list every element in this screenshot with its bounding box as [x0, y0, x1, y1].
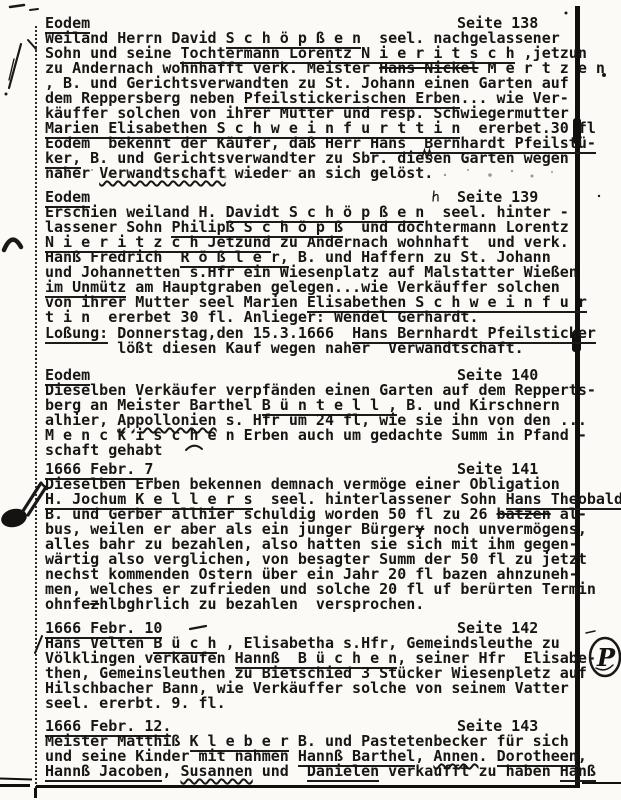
text-line: Hannß Jacoben, Susannen und Danielen ver… [45, 764, 596, 779]
entry-seite-142: 1666 Febr. 10Seite 142Hans Velten B ü c … [45, 621, 596, 711]
document-page: EodemSeite 138Weiland Herrn David S c h … [0, 0, 621, 800]
page-edge-dotted-left [35, 26, 37, 788]
text-line: t i n ererbet 30 fl. Anlieger: Wendel Ge… [45, 310, 587, 325]
entry-lossung: Loßung: Donnerstag,den 15.3.1666 Hans Be… [45, 326, 596, 356]
page-edge-tick [34, 788, 37, 798]
music-note-pen-mark [0, 483, 47, 530]
text-line: seel. ererbt. 9. fl. [45, 696, 596, 711]
text-line: schaft gehabt [45, 443, 596, 458]
page-bottom-edge-line [0, 777, 32, 780]
text-line: naher Verwandtschaft wieder an sich gelö… [45, 166, 605, 181]
entry-seite-140: EodemSeite 140Dieselben Verkäufer verpfä… [45, 368, 596, 458]
svg-text:P: P [596, 643, 616, 672]
page-bottom-edge-line [36, 785, 580, 788]
page-bottom-edge-line [582, 782, 621, 784]
text-line: ohnfezhlbghrlich zu bezahlen versprochen… [45, 597, 621, 612]
crescent-pen-mark [4, 240, 21, 250]
pen-slash-marks-top-left [5, 5, 39, 96]
entry-seite-139: EodemSeite 139Erschien weiland H. Davidt… [45, 190, 587, 325]
entry-seite-143: 1666 Febr. 12.Seite 143Meister Matthiß K… [45, 719, 596, 779]
text-line: lößt diesen Kauf wegen naher Verwandtsch… [45, 341, 596, 356]
entry-seite-138: EodemSeite 138Weiland Herrn David S c h … [45, 16, 605, 181]
page-bottom-edge-line [0, 784, 30, 787]
entry-seite-141: 1666 Febr. 7Seite 141Dieselben Erben bek… [45, 462, 621, 612]
